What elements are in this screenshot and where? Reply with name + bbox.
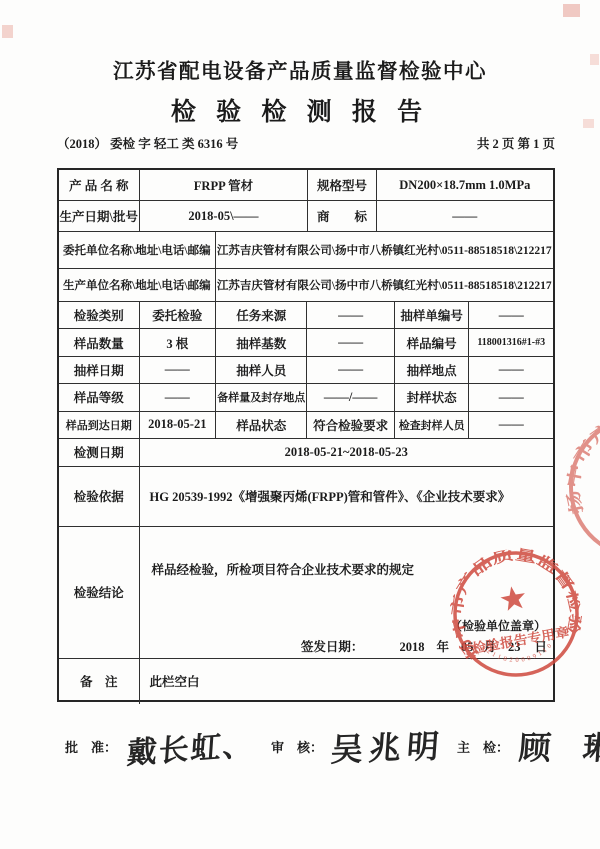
sample-qty-value: 3 根 (140, 329, 217, 355)
seal-note: （检验单位盖章） (450, 617, 546, 634)
sampling-base-label: 抽样基数 (216, 329, 307, 355)
inspection-basis-label: 检验依据 (59, 467, 140, 526)
chief-label: 主 检： (457, 737, 509, 756)
sampling-person-value: —— (307, 357, 394, 383)
partial-edge-seal-stamp: 扬中市产品质量监督检验所 (550, 396, 600, 578)
trademark-label: 商 标 (308, 201, 376, 231)
reserve-sample-label: 备样量及封存地点 (216, 384, 307, 410)
sample-grade-label: 样品等级 (59, 384, 140, 410)
sample-no-label: 样品编号 (395, 329, 470, 355)
table-row: 样品等级 —— 备样量及封存地点 ——/—— 封样状态 —— (59, 384, 553, 411)
issue-date-line: 签发日期： 2018 年 05 月 23 日 (301, 637, 547, 655)
remarks-label: 备 注 (59, 659, 140, 704)
conclusion-text: 样品经检验，所检项目符合企业技术要求的规定 (152, 560, 415, 578)
review-label: 审 核： (271, 737, 323, 756)
edge-stamp-org-name: 扬中市产品质量监督检验所 (550, 396, 600, 549)
task-source-label: 任务来源 (216, 302, 307, 328)
red-registration-mark (563, 4, 580, 17)
approve-signature: 戴长虹、 (126, 719, 257, 772)
client-unit-value: 江苏吉庆管材有限公司\扬中市八桥镇红光村\0511-88518518\21221… (216, 232, 553, 268)
product-name-label: 产 品 名 称 (59, 170, 140, 200)
inspection-report-page: 江苏省配电设备产品质量监督检验中心 检 验 检 测 报 告 （2018） 委检 … (0, 0, 600, 849)
sampling-base-value: —— (307, 329, 394, 355)
sample-arrival-date-value: 2018-05-21 (140, 412, 217, 438)
issue-month: 05 (461, 640, 474, 655)
month-char: 月 (483, 637, 496, 655)
table-row: 委托单位名称\地址\电话\邮编 江苏吉庆管材有限公司\扬中市八桥镇红光村\051… (59, 232, 553, 269)
table-row: 检测日期 2018-05-21~2018-05-23 (59, 439, 553, 467)
svg-text:扬中市产品质量监督检验所: 扬中市产品质量监督检验所 (550, 396, 600, 549)
task-source-value: —— (307, 302, 394, 328)
issue-date-label: 签发日期： (301, 637, 364, 655)
inspection-conclusion-label: 检验结论 (59, 527, 140, 658)
trademark-value: —— (377, 201, 553, 231)
red-registration-mark (2, 25, 13, 38)
sample-no-value: 118001316#1-#3 (469, 329, 552, 355)
client-unit-label: 委托单位名称\地址\电话\邮编 (59, 232, 216, 268)
day-char: 日 (534, 637, 547, 655)
inspection-type-value: 委托检验 (140, 302, 217, 328)
sampling-person-label: 抽样人员 (216, 357, 307, 383)
sampling-place-value: —— (469, 357, 552, 383)
sampling-date-label: 抽样日期 (59, 357, 140, 383)
issue-day: 23 (508, 640, 521, 655)
producer-unit-label: 生产单位名称\地址\电话\邮编 (59, 269, 216, 301)
table-row: 生产单位名称\地址\电话\邮编 江苏吉庆管材有限公司\扬中市八桥镇红光村\051… (59, 269, 553, 302)
table-row: 样品数量 3 根 抽样基数 —— 样品编号 118001316#1-#3 (59, 329, 553, 356)
doc-number: （2018） 委检 字 轻工 类 6316 号 (57, 134, 238, 152)
table-row: 检验结论 样品经检验，所检项目符合企业技术要求的规定 （检验单位盖章） 签发日期… (59, 527, 553, 659)
org-title: 江苏省配电设备产品质量监督检验中心 (0, 54, 600, 84)
sampling-date-value: —— (140, 357, 217, 383)
sample-arrival-date-label: 样品到达日期 (59, 412, 140, 438)
spec-model-label: 规格型号 (308, 170, 376, 200)
issue-year: 2018 (399, 640, 424, 655)
seal-status-label: 封样状态 (395, 384, 470, 410)
sample-state-value: 符合检验要求 (307, 412, 394, 438)
sampling-form-no-label: 抽样单编号 (395, 302, 470, 328)
sampling-form-no-value: —— (469, 302, 552, 328)
seal-checker-value: —— (469, 412, 552, 438)
report-table: 产 品 名 称 FRPP 管材 规格型号 DN200×18.7mm 1.0MPa… (57, 168, 555, 702)
test-date-value: 2018-05-21~2018-05-23 (140, 439, 553, 466)
remarks-value: 此栏空白 (140, 659, 553, 704)
inspection-basis-value: HG 20539-1992《增强聚丙烯(FRPP)管和管件》、《企业技术要求》 (140, 467, 553, 526)
page-info: 共 2 页 第 1 页 (477, 134, 555, 152)
doc-meta-row: （2018） 委检 字 轻工 类 6316 号 共 2 页 第 1 页 (57, 134, 555, 152)
table-row: 生产日期\批号 2018-05\—— 商 标 —— (59, 201, 553, 232)
table-row: 抽样日期 —— 抽样人员 —— 抽样地点 —— (59, 357, 553, 384)
product-name-value: FRPP 管材 (140, 170, 309, 200)
chief-signature: 顾 琳 (517, 723, 600, 769)
inspection-type-label: 检验类别 (59, 302, 140, 328)
reserve-sample-value: ——/—— (307, 384, 394, 410)
inspection-conclusion-cell: 样品经检验，所检项目符合企业技术要求的规定 （检验单位盖章） 签发日期： 201… (140, 527, 553, 658)
production-date-label: 生产日期\批号 (59, 201, 140, 231)
table-row: 样品到达日期 2018-05-21 样品状态 符合检验要求 检查封样人员 —— (59, 412, 553, 439)
producer-unit-value: 江苏吉庆管材有限公司\扬中市八桥镇红光村\0511-88518518\21221… (216, 269, 553, 301)
test-date-label: 检测日期 (59, 439, 140, 466)
seal-checker-label: 检查封样人员 (395, 412, 470, 438)
table-row: 备 注 此栏空白 (59, 659, 553, 704)
production-date-value: 2018-05\—— (140, 201, 309, 231)
review-signature: 吴兆明 (329, 721, 446, 771)
spec-model-value: DN200×18.7mm 1.0MPa (377, 170, 553, 200)
approve-label: 批 准： (65, 737, 117, 756)
sample-qty-label: 样品数量 (59, 329, 140, 355)
sampling-place-label: 抽样地点 (395, 357, 470, 383)
table-row: 产 品 名 称 FRPP 管材 规格型号 DN200×18.7mm 1.0MPa (59, 170, 553, 201)
seal-status-value: —— (469, 384, 552, 410)
signature-row: 批 准： 戴长虹、 审 核： 吴兆明 主 检： 顾 琳 (57, 710, 555, 782)
report-title: 检 验 检 测 报 告 (0, 92, 600, 128)
table-row: 检验依据 HG 20539-1992《增强聚丙烯(FRPP)管和管件》、《企业技… (59, 467, 553, 527)
year-char: 年 (436, 637, 449, 655)
sample-state-label: 样品状态 (216, 412, 307, 438)
sample-grade-value: —— (140, 384, 217, 410)
table-row: 检验类别 委托检验 任务来源 —— 抽样单编号 —— (59, 302, 553, 329)
